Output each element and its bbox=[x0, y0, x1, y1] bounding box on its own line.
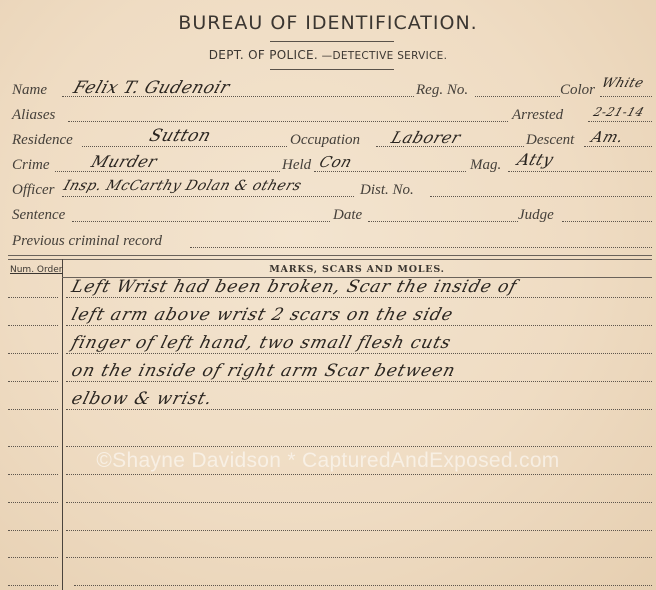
title-underline bbox=[270, 41, 394, 42]
marks-row[interactable] bbox=[66, 353, 652, 354]
date-label: Date bbox=[333, 207, 362, 224]
descent-value: Am. bbox=[589, 128, 626, 146]
name-label: Name bbox=[12, 82, 47, 99]
table-top-rule-2 bbox=[8, 259, 652, 260]
mag-label: Mag. bbox=[470, 157, 501, 174]
sentence-label: Sentence bbox=[12, 207, 65, 224]
previous-record-field[interactable] bbox=[190, 247, 652, 248]
dist-no-label: Dist. No. bbox=[360, 182, 414, 199]
num-order-cell[interactable] bbox=[8, 474, 58, 475]
reg-no-label: Reg. No. bbox=[416, 82, 468, 99]
officer-field[interactable] bbox=[62, 196, 354, 197]
descent-field[interactable] bbox=[584, 146, 652, 147]
marks-text-line-2: left arm above wrist 2 scars on the side bbox=[69, 305, 455, 325]
dept-label: DEPT. OF POLICE. bbox=[209, 48, 318, 62]
subtitle-underline bbox=[270, 69, 394, 70]
marks-row[interactable] bbox=[66, 474, 652, 475]
marks-row[interactable] bbox=[66, 297, 652, 298]
crime-field[interactable] bbox=[55, 171, 280, 172]
marks-row[interactable] bbox=[74, 585, 652, 586]
held-value: Con bbox=[317, 153, 355, 171]
marks-row[interactable] bbox=[66, 530, 652, 531]
service-label: —DETECTIVE SERVICE. bbox=[322, 50, 448, 62]
num-order-header: Num. Order bbox=[10, 265, 63, 275]
color-value: White bbox=[600, 76, 646, 91]
arrested-label: Arrested bbox=[512, 107, 563, 124]
residence-field[interactable] bbox=[82, 146, 287, 147]
date-field[interactable] bbox=[368, 221, 518, 222]
num-order-cell[interactable] bbox=[8, 557, 58, 558]
officer-label: Officer bbox=[12, 182, 55, 199]
crime-label: Crime bbox=[12, 157, 50, 174]
num-order-cell[interactable] bbox=[8, 502, 58, 503]
dist-no-field[interactable] bbox=[430, 196, 652, 197]
occupation-value: Laborer bbox=[389, 128, 463, 147]
marks-row[interactable] bbox=[66, 446, 652, 447]
num-order-cell[interactable] bbox=[8, 353, 58, 354]
marks-section-title: MARKS, SCARS AND MOLES. bbox=[62, 264, 652, 275]
occupation-label: Occupation bbox=[290, 132, 360, 149]
aliases-field[interactable] bbox=[68, 121, 508, 122]
marks-row[interactable] bbox=[66, 502, 652, 503]
color-label: Color bbox=[560, 82, 595, 99]
num-order-cell[interactable] bbox=[8, 585, 58, 586]
residence-label: Residence bbox=[12, 132, 73, 149]
sentence-field[interactable] bbox=[72, 221, 330, 222]
marks-text-line-5: elbow & wrist. bbox=[69, 389, 215, 409]
num-order-divider bbox=[62, 259, 63, 590]
marks-row[interactable] bbox=[66, 381, 652, 382]
judge-label: Judge bbox=[518, 207, 554, 224]
num-order-cell[interactable] bbox=[8, 530, 58, 531]
identification-card: BUREAU OF IDENTIFICATION. DEPT. OF POLIC… bbox=[0, 0, 656, 590]
marks-text-line-1: Left Wrist had been broken, Scar the ins… bbox=[69, 277, 519, 297]
color-field[interactable] bbox=[600, 96, 652, 97]
aliases-label: Aliases bbox=[12, 107, 55, 124]
residence-value: Sutton bbox=[147, 126, 214, 146]
copyright-watermark: ©Shayne Davidson * CapturedAndExposed.co… bbox=[0, 449, 656, 473]
marks-row[interactable] bbox=[66, 325, 652, 326]
num-order-cell[interactable] bbox=[8, 325, 58, 326]
table-top-rule-1 bbox=[8, 255, 652, 256]
marks-text-line-3: finger of left hand, two small flesh cut… bbox=[69, 333, 453, 353]
arrested-field[interactable] bbox=[588, 121, 652, 122]
crime-value: Murder bbox=[89, 152, 160, 171]
previous-record-label: Previous criminal record bbox=[12, 233, 162, 250]
judge-field[interactable] bbox=[562, 221, 652, 222]
marks-text-line-4: on the inside of right arm Scar between bbox=[69, 361, 458, 381]
officer-value: Insp. McCarthy Dolan & others bbox=[61, 178, 303, 194]
held-label: Held bbox=[282, 157, 311, 174]
reg-no-field[interactable] bbox=[475, 96, 560, 97]
mag-value: Atty bbox=[515, 150, 556, 169]
department-subtitle: DEPT. OF POLICE. —DETECTIVE SERVICE. bbox=[0, 48, 656, 62]
num-order-cell[interactable] bbox=[8, 297, 58, 298]
held-field[interactable] bbox=[314, 171, 466, 172]
descent-label: Descent bbox=[526, 132, 574, 149]
mag-field[interactable] bbox=[508, 171, 652, 172]
bureau-title: BUREAU OF IDENTIFICATION. bbox=[0, 12, 656, 34]
num-order-cell[interactable] bbox=[8, 446, 58, 447]
marks-row[interactable] bbox=[66, 557, 652, 558]
arrested-value: 2-21-14 bbox=[592, 105, 646, 119]
num-order-cell[interactable] bbox=[8, 409, 58, 410]
marks-row[interactable] bbox=[66, 409, 652, 410]
num-order-cell[interactable] bbox=[8, 381, 58, 382]
name-value: Felix T. Gudenoir bbox=[71, 78, 233, 98]
